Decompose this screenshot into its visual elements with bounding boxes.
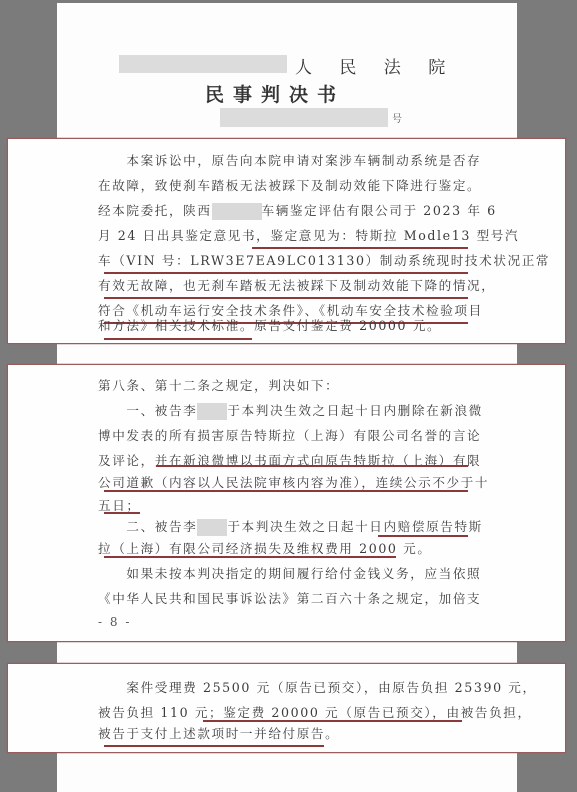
case-number-suffix: 号	[392, 110, 402, 125]
underline-mark	[104, 338, 252, 340]
underline-mark	[104, 297, 468, 299]
text-line: 车（VIN 号：LRW3E7EA9LC013130）制动系统现时技术状况正常	[98, 252, 468, 270]
text-segment: 一、被告李	[98, 403, 197, 418]
text-line: 本案诉讼中，原告向本院申请对案涉车辆制动系统是否存	[98, 152, 468, 170]
text-line: 及评论，并在新浪微博以书面方式向原告特斯拉（上海）有限	[98, 452, 468, 470]
text-line: 博中发表的所有损害原告特斯拉（上海）有限公司名誉的言论	[98, 427, 468, 445]
redacted-defendant-name	[197, 519, 227, 536]
document-title: 民事判决书	[205, 80, 345, 107]
redacted-case-number	[220, 108, 388, 127]
underline-mark	[104, 490, 468, 492]
underline-mark	[104, 556, 396, 558]
text-line: 第八条、第十二条之规定，判决如下：	[98, 377, 468, 395]
text-line: 案件受理费 25500 元（原告已预交），由原告负担 25390 元，	[98, 679, 468, 697]
text-line: 被告于支付上述款项时一并给付原告。	[98, 725, 468, 743]
text-line: 二、被告李于本判决生效之日起十日内赔偿原告特斯	[98, 518, 468, 536]
text-line: 五日；	[98, 497, 468, 515]
underline-mark	[104, 512, 140, 514]
text-segment: 车辆鉴定评估有限公司于 2023 年 6	[262, 203, 497, 218]
underline-mark	[104, 272, 468, 274]
text-line: 如果未按本判决指定的期间履行给付金钱义务，应当依照	[98, 565, 468, 583]
text-line: 一、被告李于本判决生效之日起十日内删除在新浪微	[98, 402, 468, 420]
text-line: 经本院委托，陕西车辆鉴定评估有限公司于 2023 年 6	[98, 202, 468, 220]
underline-mark	[252, 247, 468, 249]
redacted-court-location	[119, 55, 287, 73]
court-name: 人 民 法 院	[295, 53, 456, 78]
underline-mark	[104, 745, 324, 747]
text-segment: 二、被告李	[98, 519, 197, 534]
text-line: 在故障，致使刹车踏板无法被踩下及制动效能下降进行鉴定。	[98, 177, 468, 195]
page-number: - 8 -	[98, 615, 131, 629]
text-segment: 于本判决生效之日起十日内删除在新浪微	[227, 403, 483, 418]
text-segment: 经本院委托，陕西	[98, 203, 212, 218]
underline-mark	[378, 535, 468, 537]
text-line: 《中华人民共和国民事诉讼法》第二百六十条之规定，加倍支	[98, 590, 468, 608]
text-line: 和方法》相关技术标准。原告支付鉴定费 20000 元。	[98, 317, 468, 335]
underline-mark	[203, 720, 462, 722]
underline-mark	[156, 465, 468, 467]
redacted-company-name	[212, 203, 262, 220]
text-segment: 于本判决生效之日起十日内赔偿原告特斯	[227, 519, 483, 534]
redacted-defendant-name	[197, 403, 227, 420]
text-line: 有效无故障，也无刹车踏板无法被踩下及制动效能下降的情况，	[98, 277, 468, 295]
text-line: 月 24 日出具鉴定意见书，鉴定意见为：特斯拉 Modle13 型号汽	[98, 227, 468, 245]
